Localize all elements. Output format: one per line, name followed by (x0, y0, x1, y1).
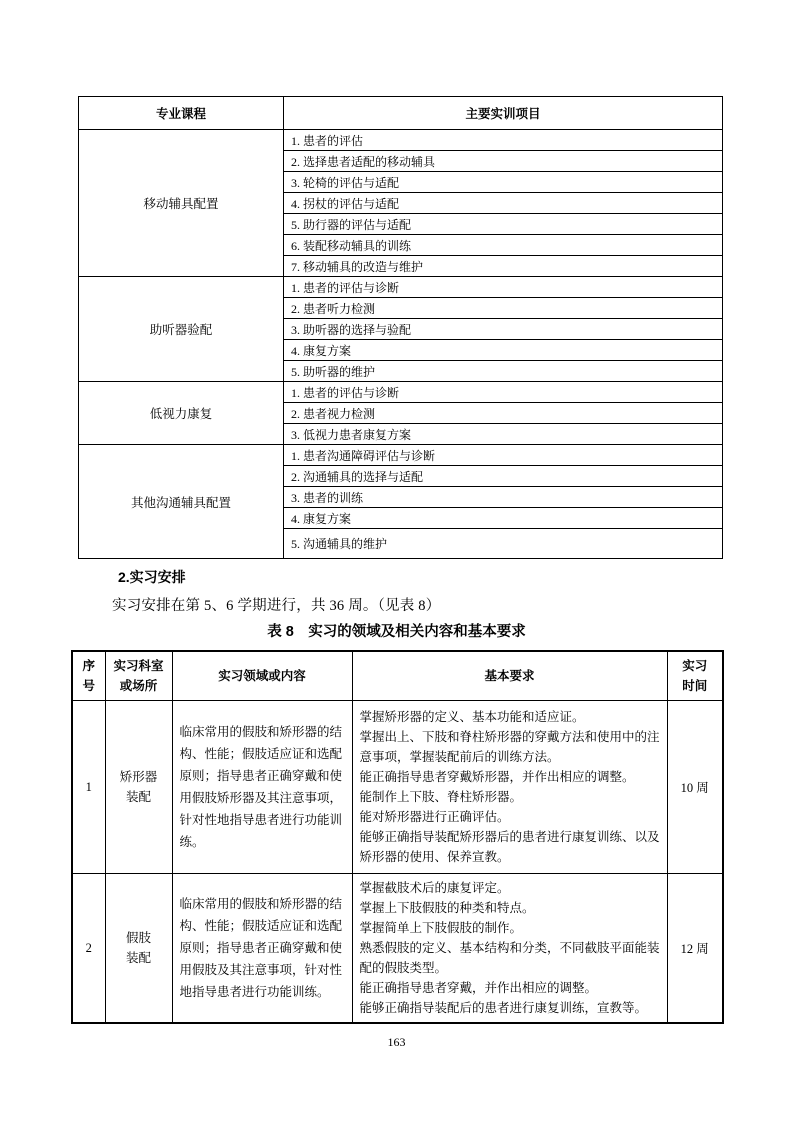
training-item-cell: 3. 患者的训练 (284, 487, 723, 508)
requirements-cell: 掌握矫形器的定义、基本功能和适应证。掌握出上、下肢和脊柱矫形器的穿戴方法和使用中… (352, 701, 667, 874)
training-item-cell: 4. 康复方案 (284, 508, 723, 529)
internship-table: 序 号 实习科室 或场所 实习领域或内容 基本要求 实习 时间 1矫形器 装配临… (71, 650, 724, 1024)
table-row: 2假肢 装配临床常用的假肢和矫形器的结构、性能；假肢适应证和选配原则；指导患者正… (72, 874, 723, 1024)
requirement-item: 掌握出上、下肢和脊柱矫形器的穿戴方法和使用中的注意事项，掌握装配前后的训练方法。 (360, 727, 660, 767)
training-item-cell: 1. 患者沟通障碍评估与诊断 (284, 445, 723, 466)
duration-cell: 12 周 (667, 874, 723, 1024)
training-item-cell: 5. 沟通辅具的维护 (284, 529, 723, 559)
column-header-dept: 实习科室 或场所 (105, 651, 172, 701)
requirement-item: 熟悉假肢的定义、基本结构和分类，不同截肢平面能装配的假肢类型。 (360, 938, 660, 978)
requirement-item: 能够正确指导装配后的患者进行康复训练，宣教等。 (360, 998, 660, 1018)
training-item-cell: 2. 患者听力检测 (284, 298, 723, 319)
table-row: 低视力康复1. 患者的评估与诊断 (79, 382, 723, 403)
column-header-course: 专业课程 (79, 97, 284, 130)
training-item-cell: 1. 患者的评估 (284, 130, 723, 151)
column-header-projects: 主要实训项目 (284, 97, 723, 130)
course-cell: 其他沟通辅具配置 (79, 445, 284, 559)
duration-cell: 10 周 (667, 701, 723, 874)
table-header-row: 专业课程 主要实训项目 (79, 97, 723, 130)
requirement-item: 掌握矫形器的定义、基本功能和适应证。 (360, 707, 660, 727)
training-item-cell: 7. 移动辅具的改造与维护 (284, 256, 723, 277)
requirement-item: 能够正确指导装配矫形器后的患者进行康复训练、以及矫形器的使用、保养宣教。 (360, 827, 660, 867)
training-item-cell: 2. 选择患者适配的移动辅具 (284, 151, 723, 172)
section-heading: 2.实习安排 (118, 567, 186, 587)
training-item-cell: 5. 助听器的维护 (284, 361, 723, 382)
course-cell: 低视力康复 (79, 382, 284, 445)
section-paragraph: 实习安排在第 5、6 学期进行，共 36 周。（见表 8） (84, 594, 704, 615)
training-item-cell: 1. 患者的评估与诊断 (284, 277, 723, 298)
course-cell: 助听器验配 (79, 277, 284, 382)
training-projects-table: 专业课程 主要实训项目 移动辅具配置1. 患者的评估2. 选择患者适配的移动辅具… (78, 96, 723, 559)
column-header-duration: 实习 时间 (667, 651, 723, 701)
page-number: 163 (0, 1035, 793, 1050)
table-row: 1矫形器 装配临床常用的假肢和矫形器的结构、性能；假肢适应证和选配原则；指导患者… (72, 701, 723, 874)
requirement-item: 能对矫形器进行正确评估。 (360, 807, 660, 827)
document-page: 专业课程 主要实训项目 移动辅具配置1. 患者的评估2. 选择患者适配的移动辅具… (0, 0, 793, 1122)
training-item-cell: 3. 低视力患者康复方案 (284, 424, 723, 445)
training-item-cell: 4. 拐杖的评估与适配 (284, 193, 723, 214)
training-item-cell: 3. 助听器的选择与验配 (284, 319, 723, 340)
training-item-cell: 5. 助行器的评估与适配 (284, 214, 723, 235)
training-item-cell: 2. 沟通辅具的选择与适配 (284, 466, 723, 487)
training-item-cell: 6. 装配移动辅具的训练 (284, 235, 723, 256)
column-header-content: 实习领域或内容 (172, 651, 352, 701)
requirements-cell: 掌握截肢术后的康复评定。掌握上下肢假肢的种类和特点。掌握简单上下肢假肢的制作。熟… (352, 874, 667, 1024)
content-cell: 临床常用的假肢和矫形器的结构、性能；假肢适应证和选配原则；指导患者正确穿戴和使用… (172, 874, 352, 1024)
table8-caption: 表 8 实习的领域及相关内容和基本要求 (0, 620, 793, 641)
row-number-cell: 1 (72, 701, 105, 874)
requirement-item: 掌握上下肢假肢的种类和特点。 (360, 898, 660, 918)
department-cell: 矫形器 装配 (105, 701, 172, 874)
training-item-cell: 2. 患者视力检测 (284, 403, 723, 424)
requirement-item: 掌握简单上下肢假肢的制作。 (360, 918, 660, 938)
requirement-item: 能制作上下肢、脊柱矫形器。 (360, 787, 660, 807)
department-cell: 假肢 装配 (105, 874, 172, 1024)
table-row: 助听器验配1. 患者的评估与诊断 (79, 277, 723, 298)
column-header-no: 序 号 (72, 651, 105, 701)
content-cell: 临床常用的假肢和矫形器的结构、性能；假肢适应证和选配原则；指导患者正确穿戴和使用… (172, 701, 352, 874)
table-header-row: 序 号 实习科室 或场所 实习领域或内容 基本要求 实习 时间 (72, 651, 723, 701)
table-row: 移动辅具配置1. 患者的评估 (79, 130, 723, 151)
requirement-item: 能正确指导患者穿戴矫形器，并作出相应的调整。 (360, 767, 660, 787)
course-cell: 移动辅具配置 (79, 130, 284, 277)
row-number-cell: 2 (72, 874, 105, 1024)
training-item-cell: 4. 康复方案 (284, 340, 723, 361)
column-header-requirements: 基本要求 (352, 651, 667, 701)
requirement-item: 能正确指导患者穿戴，并作出相应的调整。 (360, 978, 660, 998)
requirement-item: 掌握截肢术后的康复评定。 (360, 878, 660, 898)
table-row: 其他沟通辅具配置1. 患者沟通障碍评估与诊断 (79, 445, 723, 466)
training-item-cell: 1. 患者的评估与诊断 (284, 382, 723, 403)
training-item-cell: 3. 轮椅的评估与适配 (284, 172, 723, 193)
